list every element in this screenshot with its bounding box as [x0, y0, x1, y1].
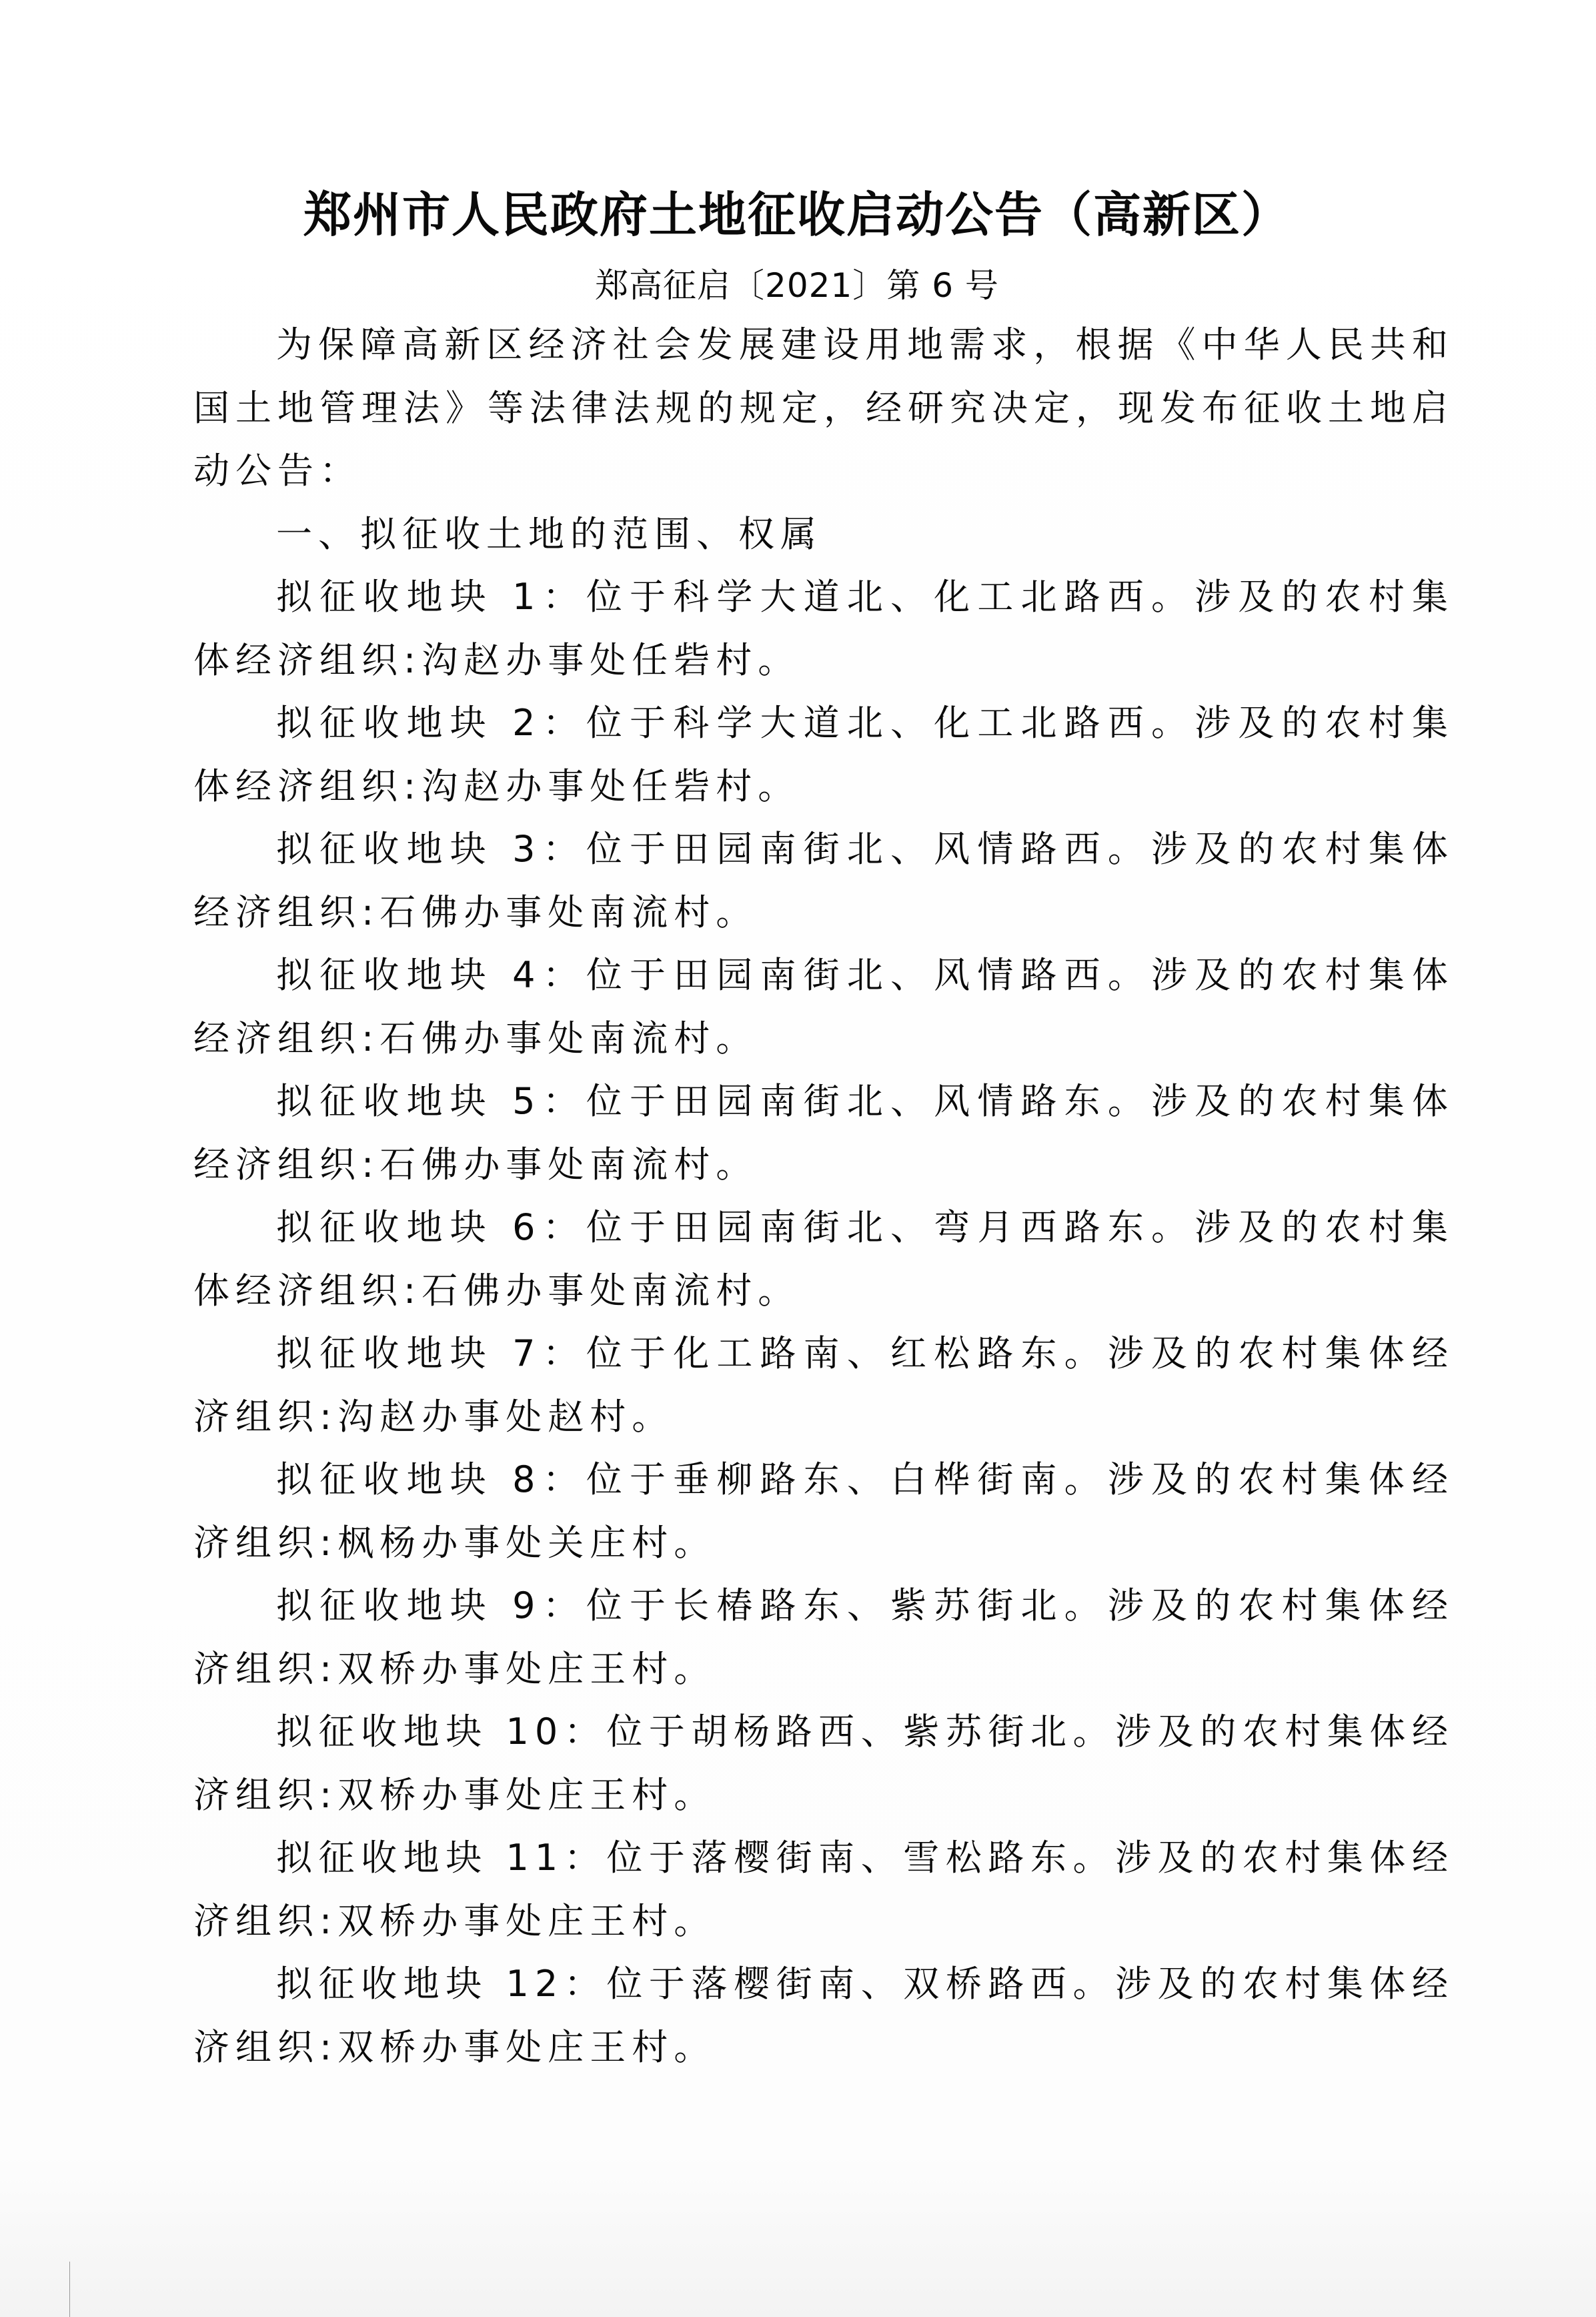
parcel-label: 拟征收地块 7： — [276, 1332, 586, 1374]
document-page: 郑州市人民政府土地征收启动公告（高新区） 郑高征启〔2021〕第 6 号 为保障… — [0, 0, 1596, 2317]
parcel-location: 位于田园南街北、风情路西。 — [586, 828, 1151, 870]
parcel-item: 拟征收地块 12：位于落樱街南、双桥路西。涉及的农村集体经济组织:双桥办事处庄王… — [193, 1953, 1454, 2079]
parcel-item: 拟征收地块 6：位于田园南街北、弯月西路东。涉及的农村集体经济组织:石佛办事处南… — [193, 1196, 1454, 1322]
parcel-label: 拟征收地块 2： — [276, 702, 586, 744]
parcel-label: 拟征收地块 1： — [276, 576, 586, 618]
parcel-location: 位于垂柳路东、白桦街南。 — [586, 1458, 1108, 1500]
parcel-location: 位于科学大道北、化工北路西。 — [586, 576, 1194, 618]
parcel-location: 位于田园南街北、风情路西。 — [586, 954, 1151, 996]
parcel-item: 拟征收地块 10：位于胡杨路西、紫苏街北。涉及的农村集体经济组织:双桥办事处庄王… — [193, 1701, 1454, 1827]
parcel-label: 拟征收地块 6： — [276, 1206, 586, 1248]
parcel-item: 拟征收地块 8：位于垂柳路东、白桦街南。涉及的农村集体经济组织:枫杨办事处关庄村… — [193, 1448, 1454, 1574]
parcel-item: 拟征收地块 3：位于田园南街北、风情路西。涉及的农村集体经济组织:石佛办事处南流… — [193, 818, 1454, 944]
parcel-location: 位于科学大道北、化工北路西。 — [586, 702, 1194, 744]
parcel-label: 拟征收地块 10： — [276, 1711, 606, 1753]
parcel-location: 位于落樱街南、双桥路西。 — [606, 1963, 1115, 2005]
section-heading-scope: 一、拟征收土地的范围、权属 — [193, 503, 1454, 566]
parcel-location: 位于长椿路东、紫苏街北。 — [586, 1584, 1108, 1627]
parcel-label: 拟征收地块 12： — [276, 1963, 606, 2005]
document-number: 郑高征启〔2021〕第 6 号 — [200, 259, 1394, 312]
document-title: 郑州市人民政府土地征收启动公告（高新区） — [200, 181, 1394, 248]
parcel-item: 拟征收地块 2：位于科学大道北、化工北路西。涉及的农村集体经济组织:沟赵办事处任… — [193, 692, 1454, 818]
parcel-item: 拟征收地块 1：位于科学大道北、化工北路西。涉及的农村集体经济组织:沟赵办事处任… — [193, 566, 1454, 692]
parcel-label: 拟征收地块 11： — [276, 1837, 606, 1879]
parcel-item: 拟征收地块 9：位于长椿路东、紫苏街北。涉及的农村集体经济组织:双桥办事处庄王村… — [193, 1574, 1454, 1701]
intro-paragraph: 为保障高新区经济社会发展建设用地需求，根据《中华人民共和国土地管理法》等法律法规… — [193, 314, 1454, 503]
parcel-item: 拟征收地块 4：位于田园南街北、风情路西。涉及的农村集体经济组织:石佛办事处南流… — [193, 944, 1454, 1070]
parcel-location: 位于胡杨路西、紫苏街北。 — [606, 1711, 1115, 1753]
parcel-label: 拟征收地块 8： — [276, 1458, 586, 1500]
parcel-location: 位于落樱街南、雪松路东。 — [606, 1837, 1115, 1879]
parcel-label: 拟征收地块 4： — [276, 954, 586, 996]
parcel-location: 位于田园南街北、风情路东。 — [586, 1080, 1151, 1122]
parcel-item: 拟征收地块 5：位于田园南街北、风情路东。涉及的农村集体经济组织:石佛办事处南流… — [193, 1070, 1454, 1196]
parcel-location: 位于田园南街北、弯月西路东。 — [586, 1206, 1194, 1248]
parcel-item: 拟征收地块 7：位于化工路南、红松路东。涉及的农村集体经济组织:沟赵办事处赵村。 — [193, 1322, 1454, 1448]
document-body: 为保障高新区经济社会发展建设用地需求，根据《中华人民共和国土地管理法》等法律法规… — [193, 314, 1454, 2079]
scan-edge-mark — [69, 2262, 70, 2317]
parcel-label: 拟征收地块 5： — [276, 1080, 586, 1122]
parcel-label: 拟征收地块 3： — [276, 828, 586, 870]
parcel-label: 拟征收地块 9： — [276, 1584, 586, 1627]
parcel-location: 位于化工路南、红松路东。 — [586, 1332, 1108, 1374]
parcel-item: 拟征收地块 11：位于落樱街南、雪松路东。涉及的农村集体经济组织:双桥办事处庄王… — [193, 1827, 1454, 1953]
